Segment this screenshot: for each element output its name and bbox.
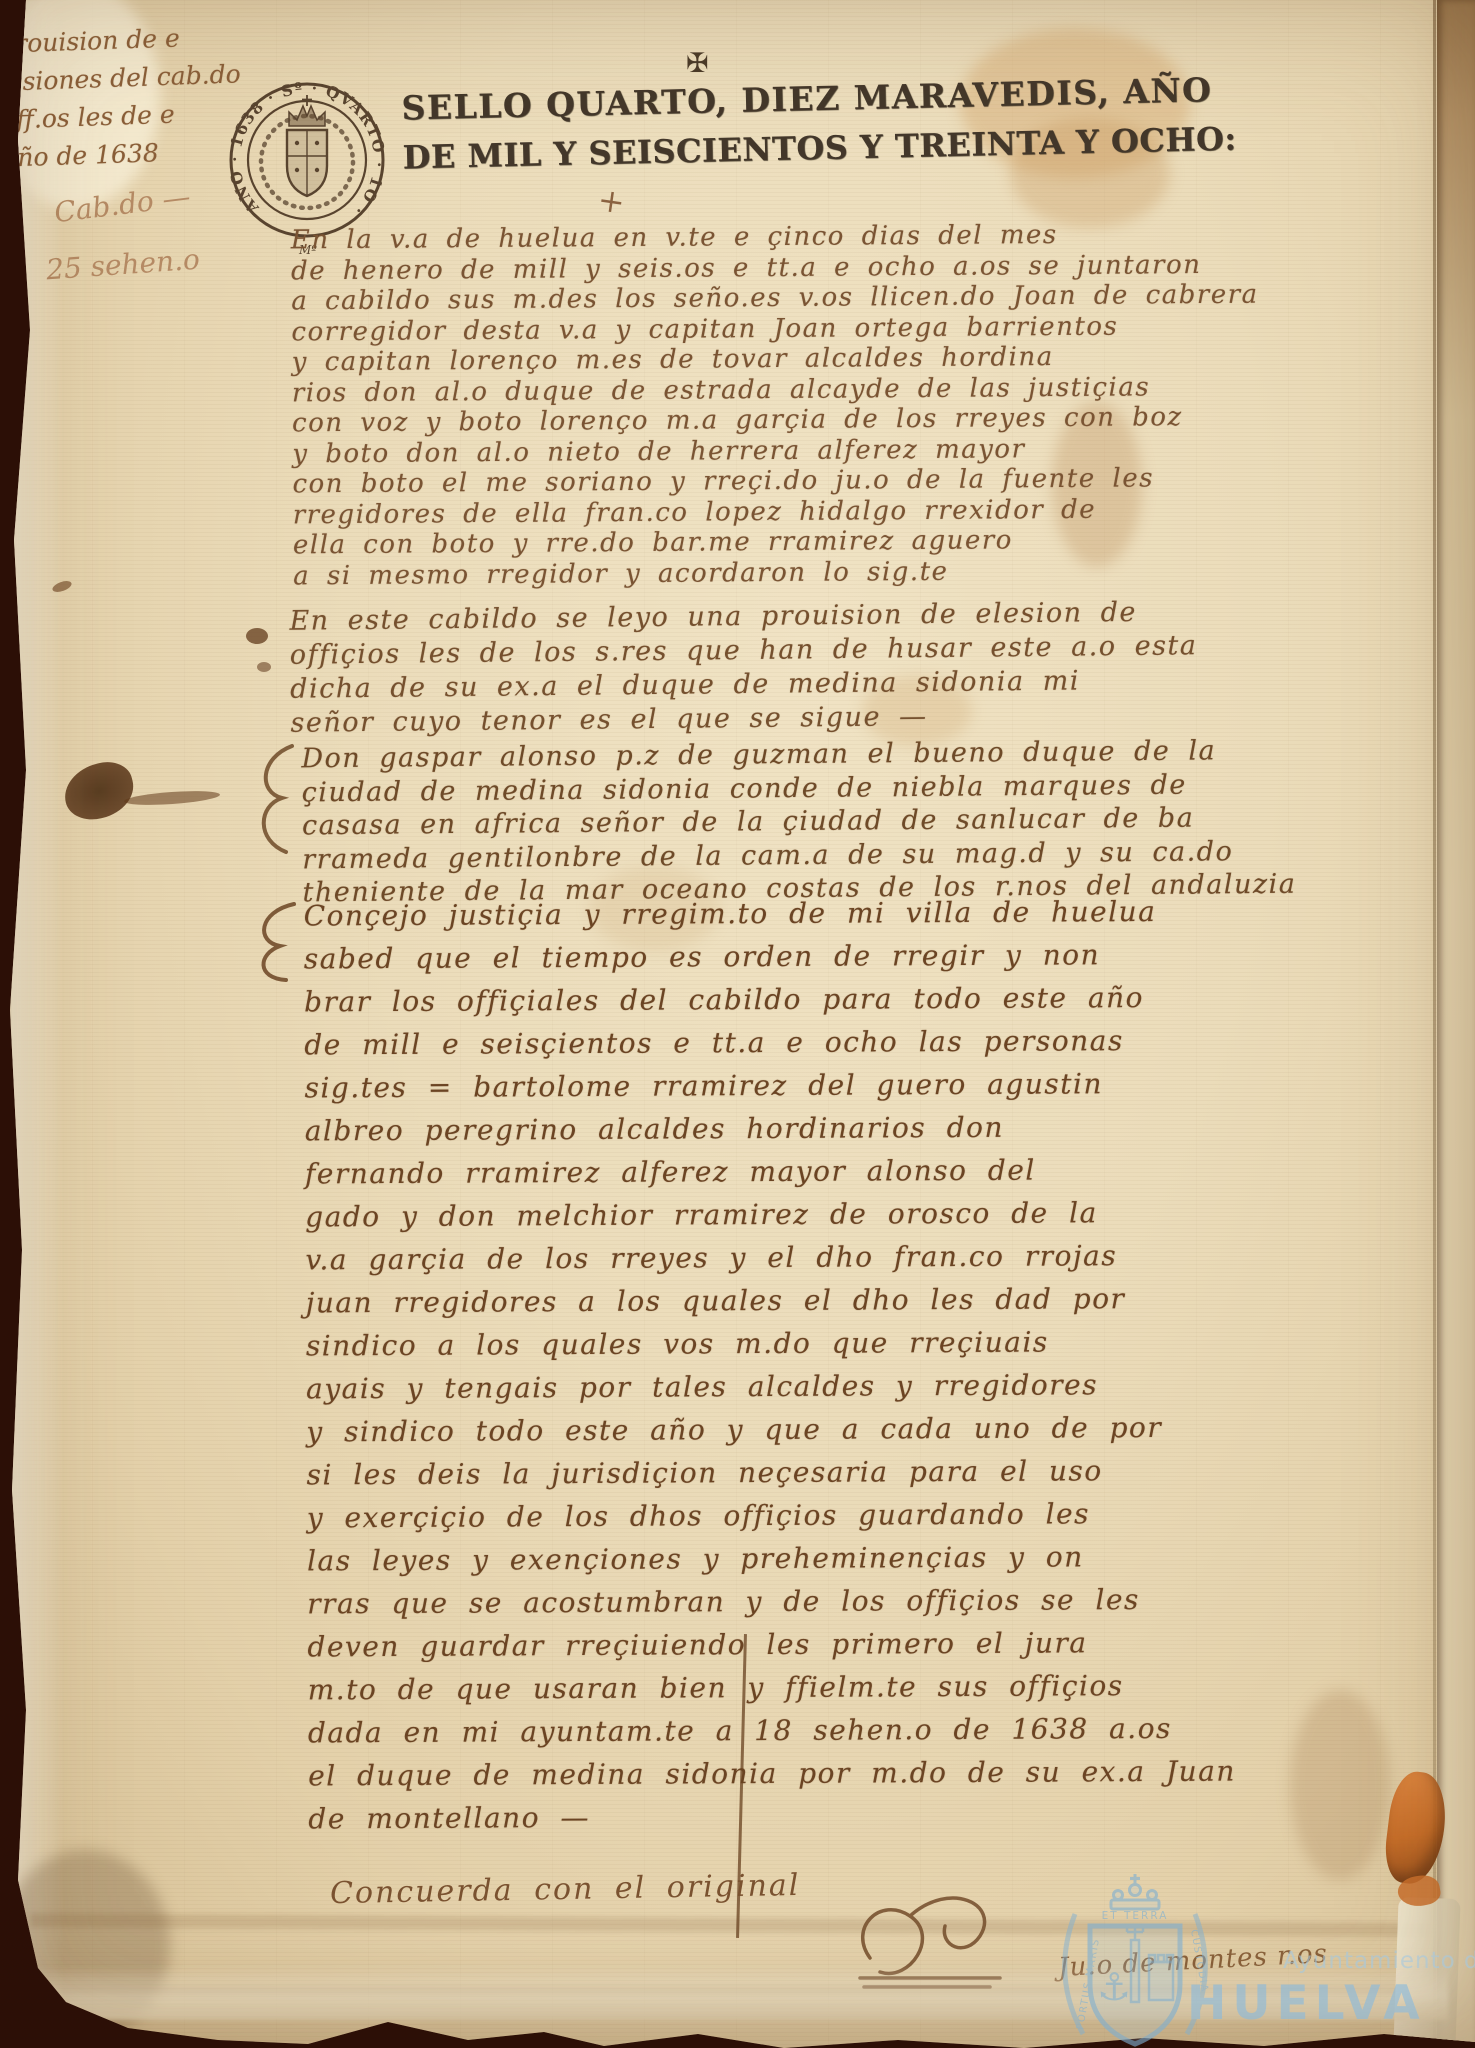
manuscript-line: brar los offiçiales del cabildo para tod…	[304, 976, 1232, 1024]
manuscript-line: sindico a los quales vos m.do que rreçiu…	[306, 1320, 1234, 1368]
manuscript-line: juan rregidores a los quales el dho les …	[306, 1277, 1234, 1325]
scribe-signature: Ju.o de montes r.os	[1057, 1939, 1328, 1983]
rubric-flourish	[848, 1886, 1063, 1998]
manuscript-line: el duque de medina sidonia por m.do de s…	[308, 1750, 1236, 1798]
fold-crease	[30, 1913, 1430, 1937]
ink-blot	[124, 789, 221, 808]
ink-blot	[246, 628, 268, 644]
ink-blot	[59, 756, 140, 825]
manuscript-line: v.a garçia de los rreyes y el dho fran.c…	[305, 1234, 1233, 1282]
margin-note-provision: Prouision de elesiones del cab.dooff.os …	[0, 0, 1475, 178]
manuscript-line: albreo peregrino alcaldes hordinarios do…	[305, 1105, 1233, 1153]
closing-attestation: Concuerda con el original	[330, 1868, 801, 1911]
manuscript-scan: ✠ ANO · 1638 · Sº · QVARTO · 1O ·	[0, 0, 1475, 2048]
margin-note-cabildo: Cab.do —	[52, 180, 192, 229]
manuscript-line: las leyes y exençiones y preheminençias …	[307, 1535, 1235, 1583]
stain	[0, 1850, 170, 2040]
adjacent-page-edge	[1437, 0, 1475, 2048]
torn-rust-fragment	[1381, 1769, 1450, 1887]
body-paragraph-provision-read: En este cabildo se leyo una prouision de…	[289, 595, 1198, 740]
manuscript-line: gado y don melchior rramirez de orosco d…	[305, 1191, 1233, 1239]
page-fold-line	[1433, 0, 1436, 2048]
manuscript-line: y exerçiçio de los dhos offiçios guardan…	[307, 1492, 1235, 1540]
manuscript-line: dada en mi ayuntam.te a 18 sehen.o de 16…	[308, 1707, 1236, 1755]
bottom-torn-edge-highlight	[24, 1966, 1448, 2020]
ink-blot	[257, 662, 271, 672]
manuscript-line: de montellano —	[308, 1793, 1236, 1841]
manuscript-line: rras que se acostumbran y de los offiçio…	[307, 1578, 1235, 1626]
body-paragraph-duke-titles: Don gaspar alonso p.z de guzman el bueno…	[301, 734, 1296, 910]
manuscript-line: ayais y tengais por tales alcaldes y rre…	[306, 1363, 1234, 1411]
paragraph-flourish	[248, 896, 304, 986]
manuscript-line: sabed que el tiempo es orden de rregir y…	[304, 933, 1232, 981]
manuscript-line: fernando rramirez alferez mayor alonso d…	[305, 1148, 1233, 1196]
torn-rust-fragment-small	[1396, 1873, 1443, 1910]
manuscript-line: sig.tes = bartolome rramirez del guero a…	[304, 1062, 1232, 1110]
body-paragraph-cabildo-meeting: En la v.a de huelua en v.te e çinco dias…	[291, 219, 1261, 592]
parchment-page: ✠ ANO · 1638 · Sº · QVARTO · 1O ·	[0, 0, 1475, 2048]
left-torn-edge-highlight	[10, 0, 64, 2048]
paragraph-flourish	[252, 740, 304, 860]
stain	[1290, 1690, 1390, 1880]
manuscript-line: y sindico todo este año y que a cada uno…	[306, 1406, 1234, 1454]
fold-crease	[60, 1986, 1420, 1996]
manuscript-line: deven guardar rreçiuiendo les primero el…	[307, 1621, 1235, 1669]
manuscript-line: a si mesmo rregidor y acordaron lo sig.t…	[293, 554, 1261, 591]
margin-note-date: 25 sehen.o	[45, 243, 201, 287]
paper-fold-fragment	[1393, 1897, 1460, 2048]
handwritten-cross-mark: +	[595, 180, 627, 221]
manuscript-line: de mill e seisçientos e tt.a e ocho las …	[304, 1019, 1232, 1067]
manuscript-line: si les deis la jurisdiçion neçesaria par…	[306, 1449, 1234, 1497]
body-paragraph-appointments: Conçejo justiçia y rregim.to de mi villa…	[304, 890, 1237, 1841]
manuscript-line: m.to de que usaran bien y ffielm.te sus …	[308, 1664, 1236, 1712]
manuscript-line: Conçejo justiçia y rregim.to de mi villa…	[304, 890, 1232, 938]
ink-blot	[51, 579, 73, 594]
